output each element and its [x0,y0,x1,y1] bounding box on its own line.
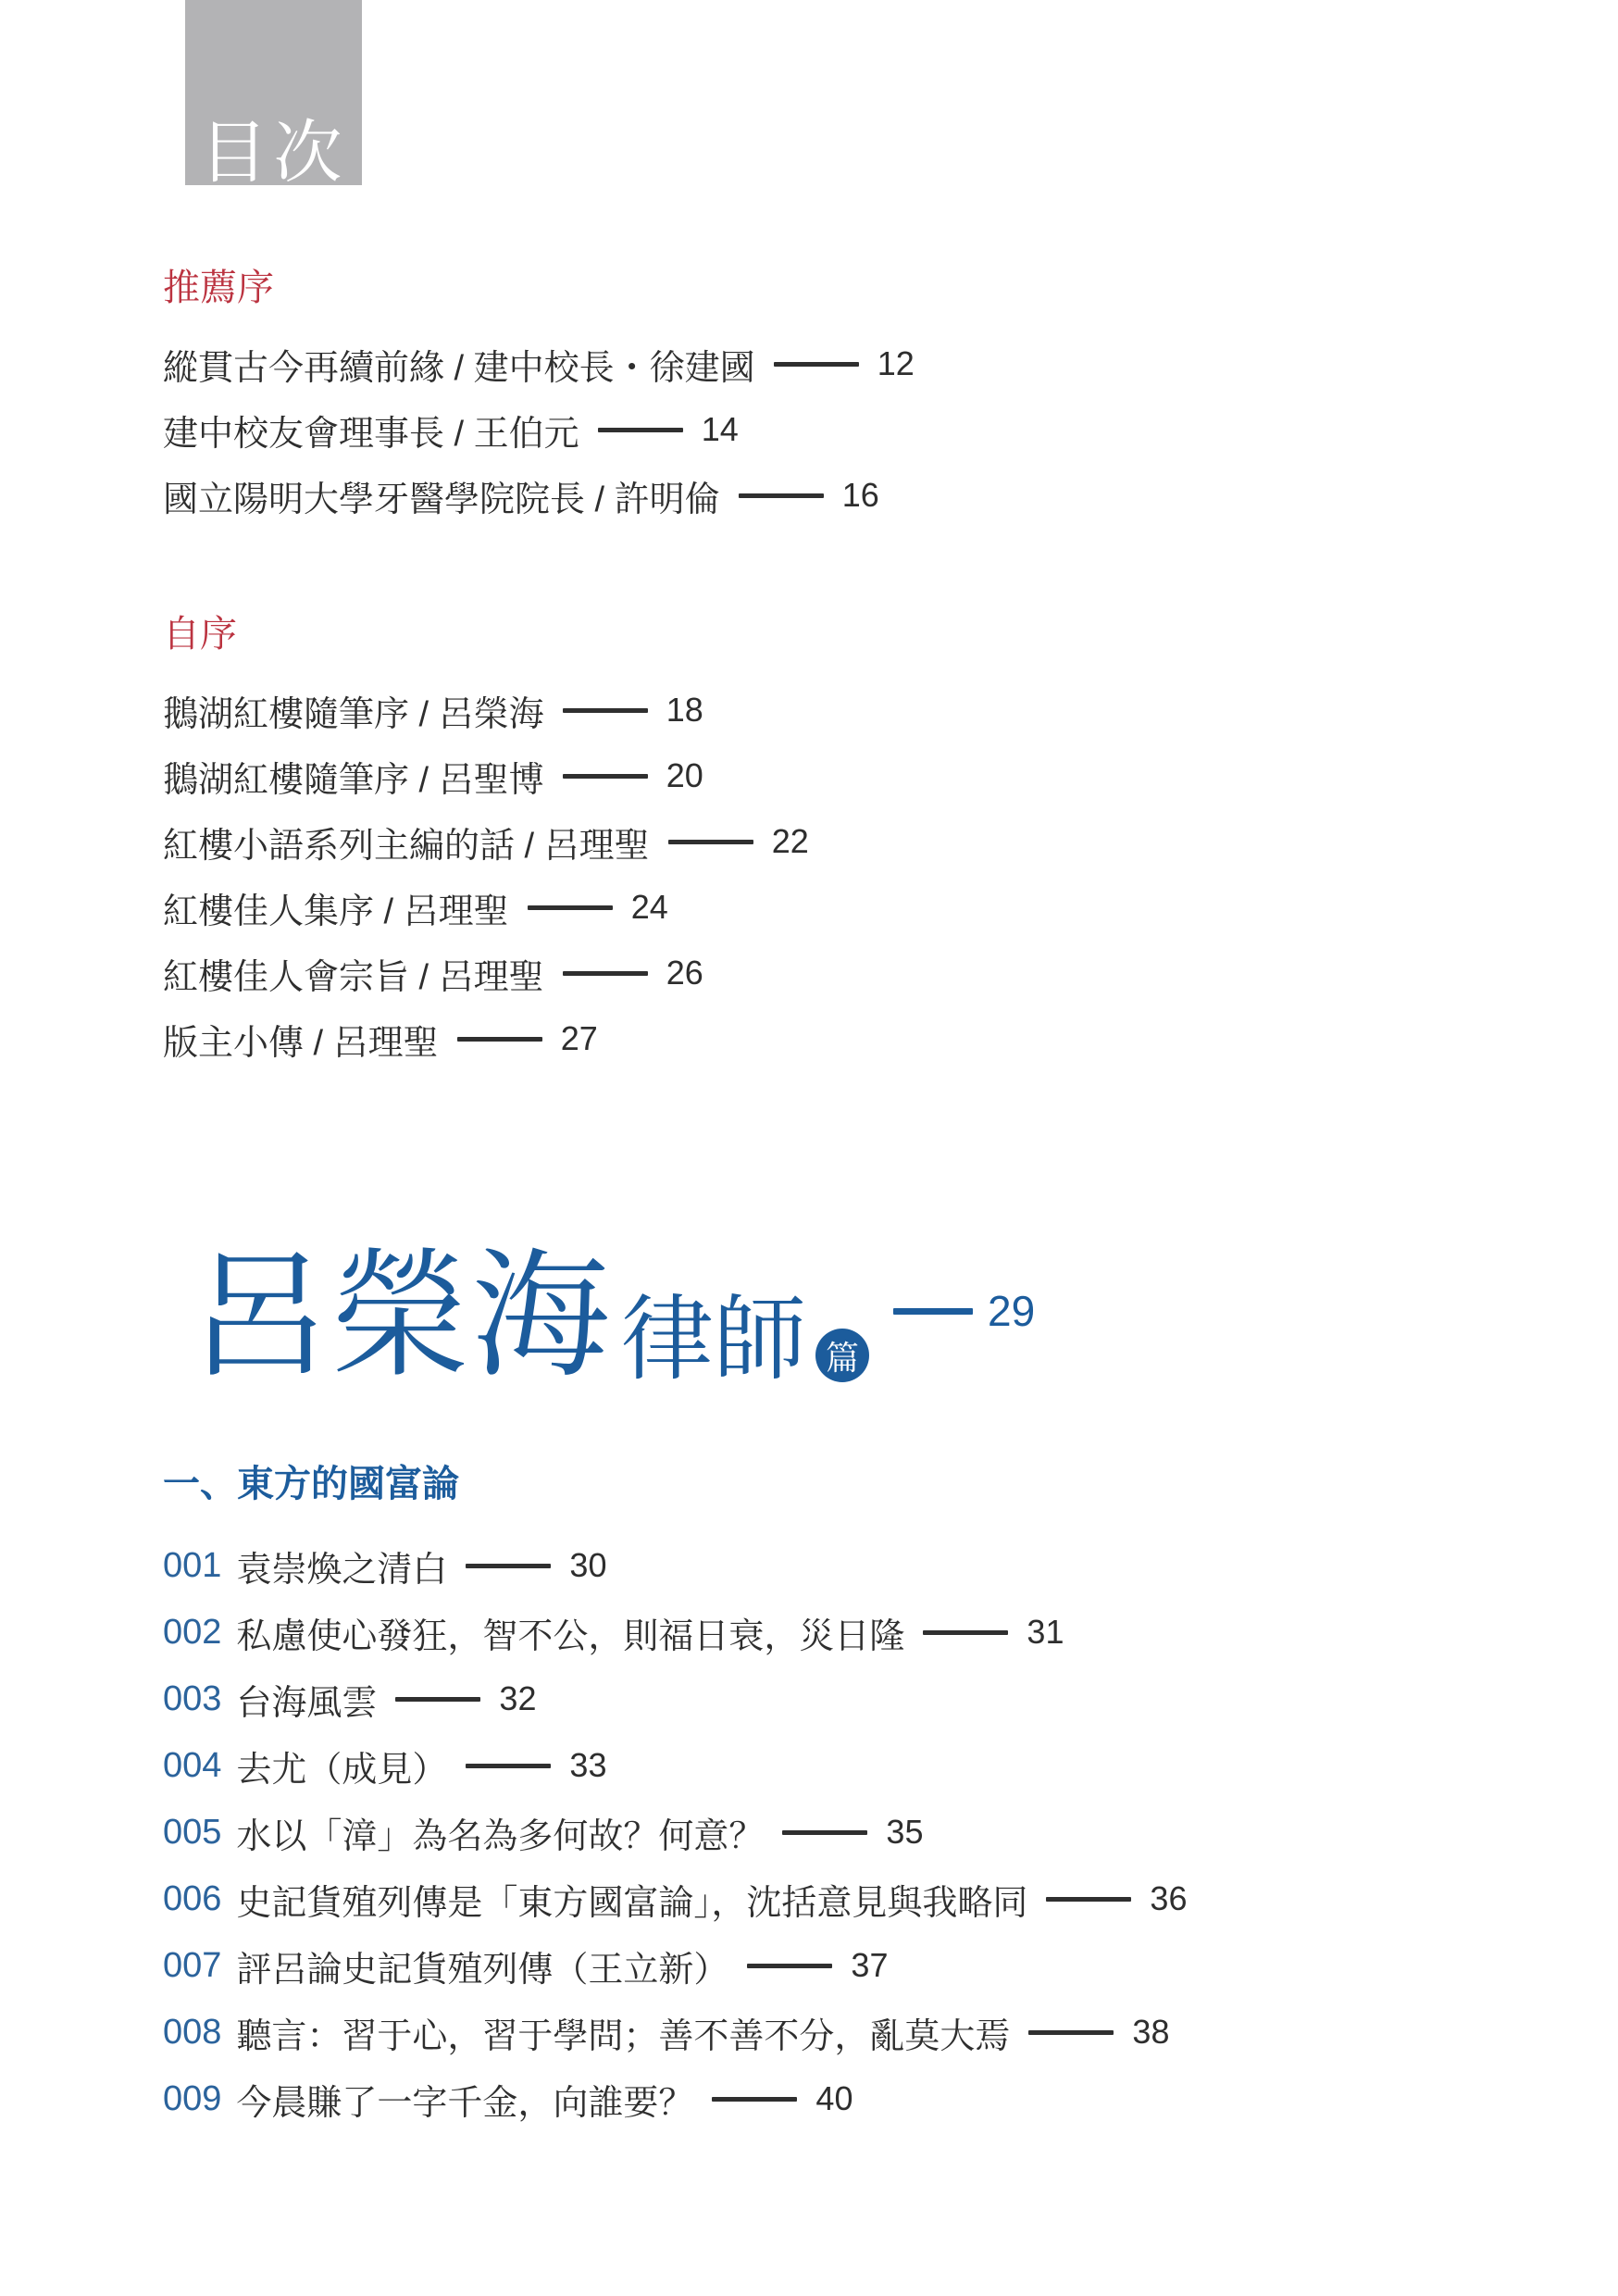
part-title-page: 29 [988,1286,1035,1336]
toc-entry-page: 22 [772,822,809,861]
toc-entry-title: 紅樓佳人集序 / 呂理聖 [163,882,509,933]
part-badge: 篇 [815,1329,869,1382]
toc-entry-title: 去尤（成見） [236,1741,447,1791]
recommend-heading: 推薦序 [163,267,915,309]
leader-line [747,1964,832,1968]
toc-entry-title: 聽言：習于心，習于學問；善不善不分，亂莫大焉 [236,2007,1010,2058]
toc-entry-page: 16 [842,476,879,515]
toc-entry-title: 建中校友會理事長 / 王伯元 [163,405,579,455]
toc-entry-page: 36 [1150,1879,1187,1918]
toc-entry-title: 鵝湖紅樓隨筆序 / 呂榮海 [163,685,544,736]
toc-page: 目次 推薦序 縱貫古今再續前緣 / 建中校長・徐建國 12 建中校友會理事長 /… [0,0,1618,2296]
toc-entry-number: 008 [163,2013,221,2053]
toc-entry: 006 史記貨殖列傳是「東方國富論」，沈括意見與我略同 36 [163,1876,1187,1922]
toc-entry-page: 35 [886,1813,923,1852]
leader-line [782,1830,867,1835]
toc-entry-number: 004 [163,1746,221,1786]
toc-corner-tag: 目次 [185,0,362,185]
section-self-prefaces: 自序 鵝湖紅樓隨筆序 / 呂榮海 18 鵝湖紅樓隨筆序 / 呂聖博 20 紅樓小… [163,613,809,1081]
toc-entry-page: 37 [851,1946,888,1985]
toc-entry: 紅樓佳人集序 / 呂理聖 24 [163,884,809,930]
leader-line [457,1037,542,1042]
leader-line [712,2097,797,2102]
leader-line [563,971,648,976]
toc-entry-number: 002 [163,1613,221,1653]
toc-entry: 004 去尤（成見） 33 [163,1742,1187,1789]
toc-entry-number: 005 [163,1813,221,1853]
toc-entry: 001 袁崇煥之清白 30 [163,1542,1187,1589]
toc-entry-number: 003 [163,1679,221,1719]
leader-line [563,774,648,779]
toc-entry-page: 26 [666,954,703,992]
toc-entry-number: 001 [163,1546,221,1586]
toc-entry: 建中校友會理事長 / 王伯元 14 [163,406,915,453]
leader-line [1028,2030,1114,2035]
toc-entry: 鵝湖紅樓隨筆序 / 呂聖博 20 [163,753,809,799]
toc-entry-title: 版主小傳 / 呂理聖 [163,1014,439,1065]
toc-entry: 002 私慮使心發狂，智不公，則福日衰，災日隆 31 [163,1609,1187,1655]
leader-line [739,493,824,498]
chapter-heading: 一、東方的國富論 [163,1463,1187,1505]
toc-entry: 國立陽明大學牙醫學院院長 / 許明倫 16 [163,472,915,518]
toc-entry-page: 14 [702,410,739,449]
part-title-ref: 29 [893,1286,1035,1336]
toc-entry: 005 水以「漳」為名為多何故？何意？ 35 [163,1809,1187,1855]
toc-entry: 鵝湖紅樓隨筆序 / 呂榮海 18 [163,687,809,733]
leader-line-blue [893,1308,973,1315]
toc-entry-title: 國立陽明大學牙醫學院院長 / 許明倫 [163,470,720,521]
toc-entry: 007 評呂論史記貨殖列傳（王立新） 37 [163,1942,1187,1989]
toc-entry-page: 38 [1132,2013,1169,2052]
leader-line [466,1564,551,1568]
toc-entry-title: 評呂論史記貨殖列傳（王立新） [236,1940,728,1991]
toc-entry-number: 006 [163,1879,221,1919]
toc-entry-page: 24 [631,888,668,927]
toc-entry-page: 27 [561,1019,598,1058]
toc-entry-page: 32 [499,1679,536,1718]
toc-entry-title: 鵝湖紅樓隨筆序 / 呂聖博 [163,751,544,802]
leader-line [1046,1897,1131,1902]
leader-line [668,840,753,844]
leader-line [395,1697,480,1702]
toc-entry-title: 水以「漳」為名為多何故？何意？ [236,1807,764,1858]
toc-entry: 008 聽言：習于心，習于學問；善不善不分，亂莫大焉 38 [163,2009,1187,2055]
toc-entry: 003 台海風雲 32 [163,1676,1187,1722]
leader-line [563,708,648,713]
toc-entry: 紅樓佳人會宗旨 / 呂理聖 26 [163,950,809,996]
self-preface-heading: 自序 [163,613,809,655]
toc-entry-number: 007 [163,1946,221,1986]
toc-title: 目次 [200,120,348,185]
toc-entry-title: 史記貨殖列傳是「東方國富論」，沈括意見與我略同 [236,1874,1027,1925]
toc-entry-number: 009 [163,2079,221,2119]
toc-entry-title: 袁崇煥之清白 [236,1541,447,1591]
toc-entry-title: 縱貫古今再續前緣 / 建中校長・徐建國 [163,339,755,390]
toc-entry-page: 20 [666,756,703,795]
toc-entry-page: 18 [666,691,703,730]
leader-line [528,905,613,910]
leader-line [466,1764,551,1768]
leader-line [923,1630,1008,1635]
toc-entry-title: 紅樓佳人會宗旨 / 呂理聖 [163,948,544,999]
section-recommend-prefaces: 推薦序 縱貫古今再續前緣 / 建中校長・徐建國 12 建中校友會理事長 / 王伯… [163,267,915,538]
toc-entry-page: 30 [569,1546,606,1585]
leader-line [774,362,859,367]
toc-entry: 009 今晨賺了一字千金，向誰要？ 40 [163,2076,1187,2122]
toc-entry-title: 私慮使心發狂，智不公，則福日衰，災日隆 [236,1607,904,1658]
section-chapter-1: 一、東方的國富論 001 袁崇煥之清白 30 002 私慮使心發狂，智不公，則福… [163,1463,1187,2142]
part-title-name-large: 呂榮海 [190,1248,612,1384]
toc-entry: 縱貫古今再續前緣 / 建中校長・徐建國 12 [163,341,915,387]
part-title: 呂榮海 律師 篇 29 [190,1231,1035,1384]
toc-entry-page: 33 [569,1746,606,1785]
toc-entry-page: 31 [1027,1613,1064,1652]
toc-entry-title: 紅樓小語系列主編的話 / 呂理聖 [163,817,650,867]
leader-line [598,428,683,432]
part-title-name-small: 律師 [621,1296,806,1384]
toc-entry: 紅樓小語系列主編的話 / 呂理聖 22 [163,818,809,865]
toc-entry: 版主小傳 / 呂理聖 27 [163,1016,809,1062]
toc-entry-title: 今晨賺了一字千金，向誰要？ [236,2074,693,2125]
toc-entry-page: 12 [877,344,915,383]
toc-entry-page: 40 [815,2079,853,2118]
toc-entry-title: 台海風雲 [236,1674,377,1725]
